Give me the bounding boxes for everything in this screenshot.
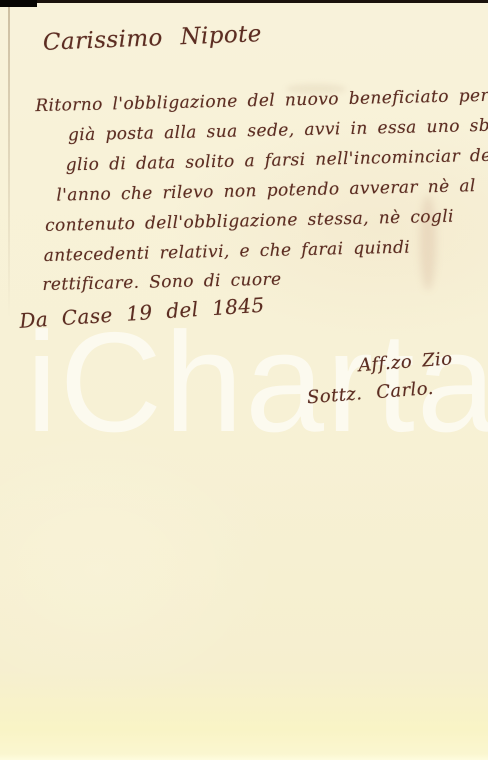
paper-stain: [420, 195, 436, 290]
paper-stain: [286, 84, 346, 94]
handwriting-layer: Carissimo Nipote Ritorno l'obbligazione …: [0, 0, 488, 760]
letter-body-line: antecedenti relativi, e che farai quindi: [44, 238, 411, 266]
paper-edge-bottom: [0, 754, 488, 760]
letter-signature-role: Aff.zo Zio: [358, 348, 454, 376]
letter-body-line: già posta alla sua sede, avvi in essa un…: [68, 115, 488, 145]
scanned-letter-page: iCharta Carissimo Nipote Ritorno l'obbli…: [0, 0, 488, 760]
letter-body-line: Ritorno l'obbligazione del nuovo benefic…: [35, 85, 488, 116]
salutation: Carissimo Nipote: [42, 21, 262, 56]
letter-body-line: rettificare. Sono di cuore: [42, 270, 282, 295]
letter-date-line: Da Case 19 del 1845: [19, 293, 266, 333]
scan-edge-top: [0, 0, 488, 3]
letter-signature-name: Sottz. Carlo.: [306, 378, 434, 408]
letter-body-line: contenuto dell'obbligazione stessa, nè c…: [45, 207, 454, 236]
letter-body-line: l'anno che rilevo non potendo avverar nè…: [56, 176, 476, 206]
letter-body-line: glio di data solito a farsi nell'incomin…: [65, 146, 488, 176]
paper-crease: [8, 0, 10, 320]
scan-edge-top-left: [0, 0, 37, 7]
